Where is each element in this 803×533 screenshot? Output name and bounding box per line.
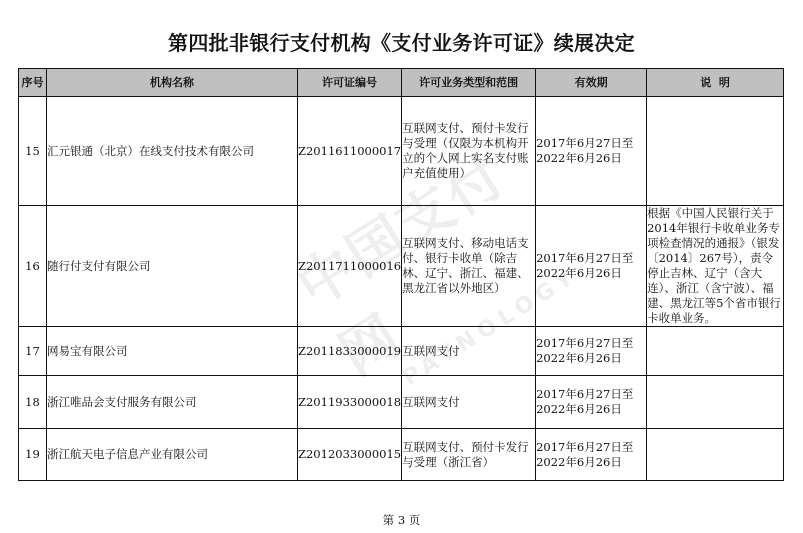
table-row: 17 网易宝有限公司 Z2011833000019 互联网支付 2017年6月2… — [19, 327, 784, 376]
cell-valid: 2017年6月27日至 2022年6月26日 — [536, 206, 647, 327]
license-renewal-table: 序号 机构名称 许可证编号 许可业务类型和范围 有效期 说 明 15 汇元银通（… — [18, 68, 784, 481]
cell-name: 浙江航天电子信息产业有限公司 — [47, 429, 298, 481]
valid-from: 2017年6月27日至 — [536, 136, 646, 151]
header-valid: 有效期 — [536, 69, 647, 97]
cell-valid: 2017年6月27日至 2022年6月26日 — [536, 429, 647, 481]
cell-valid: 2017年6月27日至 2022年6月26日 — [536, 376, 647, 429]
cell-no: 16 — [19, 206, 47, 327]
header-license: 许可证编号 — [298, 69, 402, 97]
table-row: 16 随行付支付有限公司 Z2011711000016 互联网支付、移动电话支付… — [19, 206, 784, 327]
valid-from: 2017年6月27日至 — [536, 251, 646, 266]
cell-note — [647, 97, 784, 206]
header-scope: 许可业务类型和范围 — [402, 69, 536, 97]
header-note: 说 明 — [647, 69, 784, 97]
table-header-row: 序号 机构名称 许可证编号 许可业务类型和范围 有效期 说 明 — [19, 69, 784, 97]
valid-from: 2017年6月27日至 — [536, 336, 646, 351]
cell-note — [647, 327, 784, 376]
cell-scope: 互联网支付、预付卡发行与受理（仅限为本机构开立的个人网上实名支付账户充值使用） — [402, 97, 536, 206]
cell-no: 18 — [19, 376, 47, 429]
cell-name: 随行付支付有限公司 — [47, 206, 298, 327]
page-number: 第 3 页 — [0, 512, 803, 528]
table-row: 19 浙江航天电子信息产业有限公司 Z2012033000015 互联网支付、预… — [19, 429, 784, 481]
cell-scope: 互联网支付、预付卡发行与受理（浙江省） — [402, 429, 536, 481]
cell-license: Z2011833000019 — [298, 327, 402, 376]
valid-from: 2017年6月27日至 — [536, 387, 646, 402]
cell-no: 19 — [19, 429, 47, 481]
cell-note: 根据《中国人民银行关于2014年银行卡收单业务专项检查情况的通报》（银发〔201… — [647, 206, 784, 327]
valid-to: 2022年6月26日 — [536, 266, 646, 281]
header-name: 机构名称 — [47, 69, 298, 97]
cell-scope: 互联网支付、移动电话支付、银行卡收单（除吉林、辽宁、浙江、福建、黑龙江省以外地区… — [402, 206, 536, 327]
document-title: 第四批非银行支付机构《支付业务许可证》续展决定 — [0, 27, 803, 56]
cell-name: 网易宝有限公司 — [47, 327, 298, 376]
cell-valid: 2017年6月27日至 2022年6月26日 — [536, 327, 647, 376]
valid-from: 2017年6月27日至 — [536, 440, 646, 455]
cell-scope: 互联网支付 — [402, 327, 536, 376]
cell-scope: 互联网支付 — [402, 376, 536, 429]
valid-to: 2022年6月26日 — [536, 455, 646, 470]
header-no: 序号 — [19, 69, 47, 97]
cell-note — [647, 429, 784, 481]
table-row: 15 汇元银通（北京）在线支付技术有限公司 Z2011611000017 互联网… — [19, 97, 784, 206]
cell-license: Z2011711000016 — [298, 206, 402, 327]
table-row: 18 浙江唯品会支付服务有限公司 Z2011933000018 互联网支付 20… — [19, 376, 784, 429]
cell-license: Z2011611000017 — [298, 97, 402, 206]
valid-to: 2022年6月26日 — [536, 151, 646, 166]
cell-valid: 2017年6月27日至 2022年6月26日 — [536, 97, 647, 206]
valid-to: 2022年6月26日 — [536, 402, 646, 417]
valid-to: 2022年6月26日 — [536, 351, 646, 366]
cell-note — [647, 376, 784, 429]
cell-no: 17 — [19, 327, 47, 376]
cell-license: Z2011933000018 — [298, 376, 402, 429]
cell-license: Z2012033000015 — [298, 429, 402, 481]
cell-name: 浙江唯品会支付服务有限公司 — [47, 376, 298, 429]
cell-no: 15 — [19, 97, 47, 206]
cell-name: 汇元银通（北京）在线支付技术有限公司 — [47, 97, 298, 206]
